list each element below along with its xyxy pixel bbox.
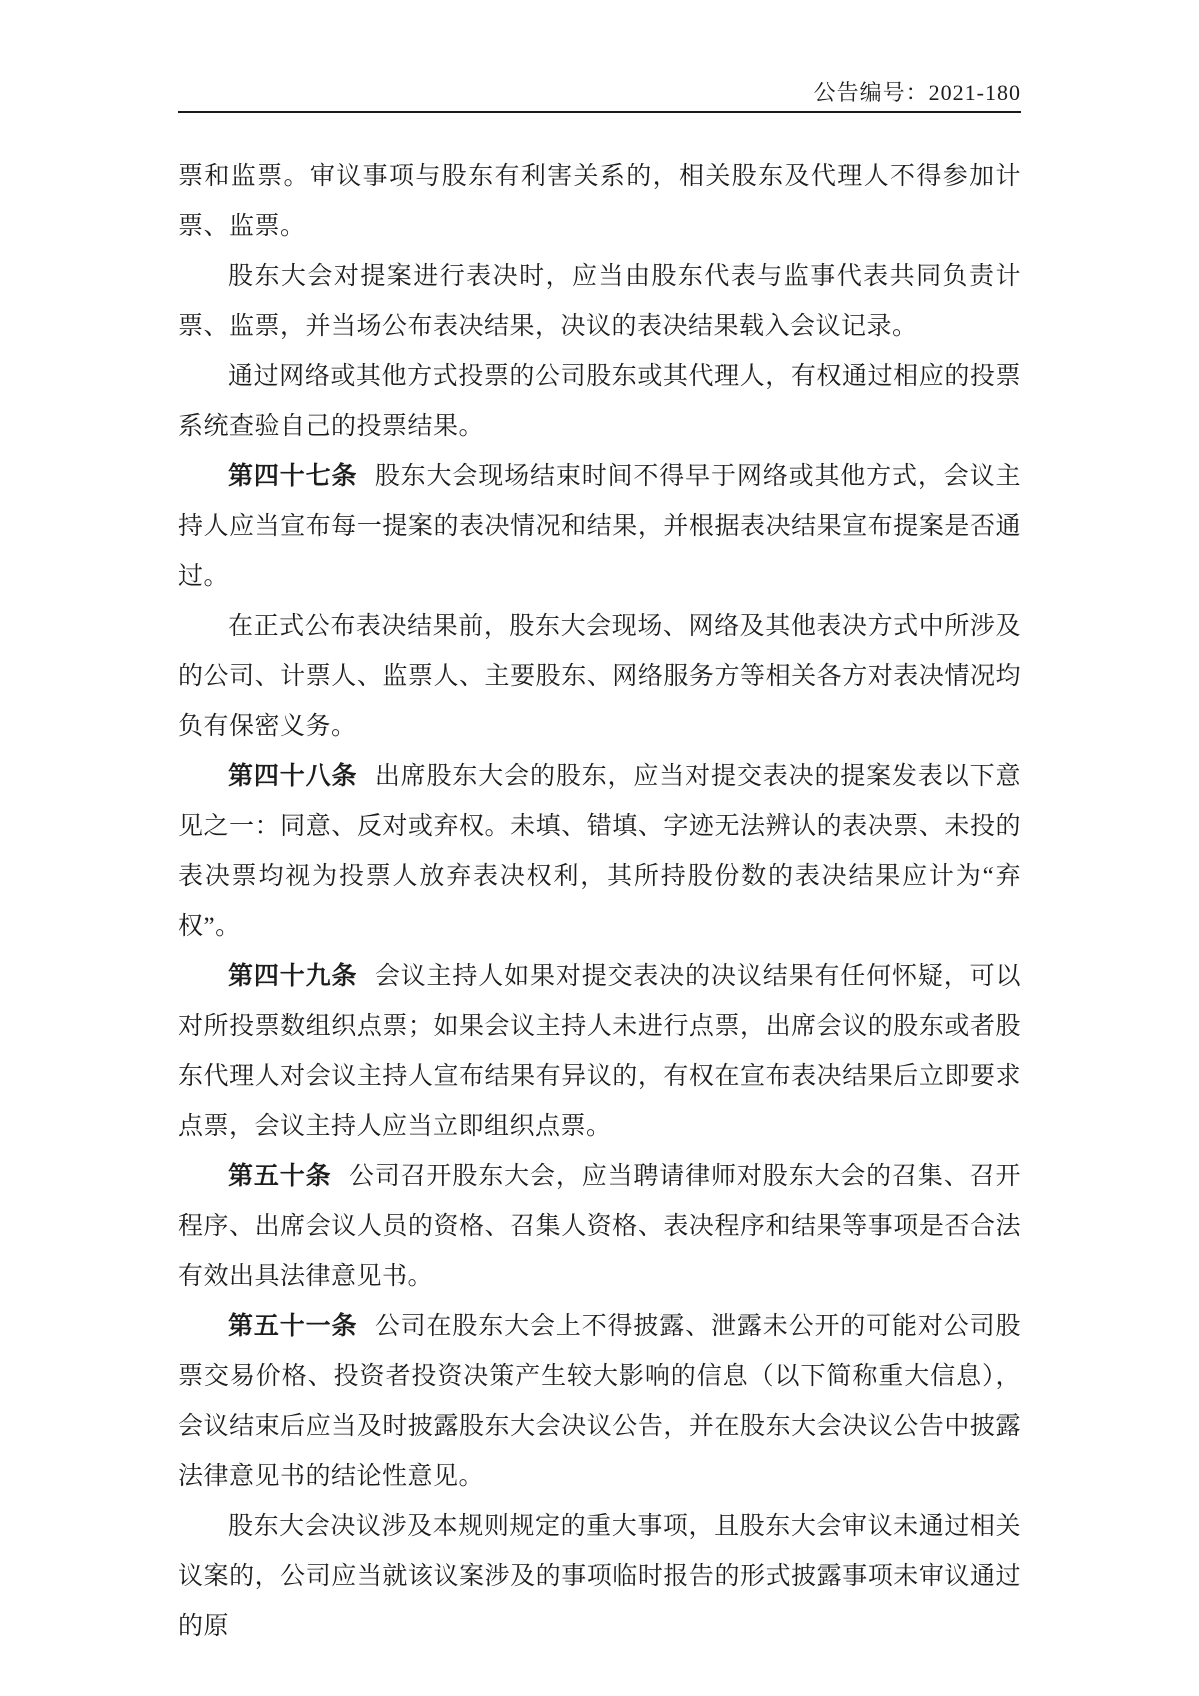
article-number: 第五十一条: [228, 1313, 357, 1340]
paragraph: 第四十八条出席股东大会的股东，应当对提交表决的提案发表以下意见之一：同意、反对或…: [178, 752, 1021, 952]
paragraph-text: 在正式公布表决结果前，股东大会现场、网络及其他表决方式中所涉及的公司、计票人、监…: [178, 613, 1021, 740]
article-number: 第五十条: [228, 1163, 331, 1190]
article-number: 第四十九条: [228, 963, 357, 990]
paragraph-text: 通过网络或其他方式投票的公司股东或其代理人，有权通过相应的投票系统查验自己的投票…: [178, 363, 1021, 440]
article-number: 第四十八条: [228, 763, 357, 790]
paragraph: 通过网络或其他方式投票的公司股东或其代理人，有权通过相应的投票系统查验自己的投票…: [178, 352, 1021, 452]
paragraph: 股东大会对提案进行表决时，应当由股东代表与监事代表共同负责计票、监票，并当场公布…: [178, 252, 1021, 352]
document-page: 公告编号：2021-180 票和监票。审议事项与股东有利害关系的，相关股东及代理…: [0, 0, 1199, 1696]
article-number: 第四十七条: [228, 463, 357, 490]
paragraph: 第五十条公司召开股东大会，应当聘请律师对股东大会的召集、召开程序、出席会议人员的…: [178, 1152, 1021, 1302]
paragraph-text: 股东大会决议涉及本规则规定的重大事项，且股东大会审议未通过相关议案的，公司应当就…: [178, 1513, 1021, 1640]
paragraph-text: 股东大会对提案进行表决时，应当由股东代表与监事代表共同负责计票、监票，并当场公布…: [178, 263, 1021, 340]
paragraph: 第四十七条股东大会现场结束时间不得早于网络或其他方式，会议主持人应当宣布每一提案…: [178, 452, 1021, 602]
paragraph: 在正式公布表决结果前，股东大会现场、网络及其他表决方式中所涉及的公司、计票人、监…: [178, 602, 1021, 752]
paragraph-text: 票和监票。审议事项与股东有利害关系的，相关股东及代理人不得参加计票、监票。: [178, 163, 1021, 240]
paragraph: 第五十一条公司在股东大会上不得披露、泄露未公开的可能对公司股票交易价格、投资者投…: [178, 1302, 1021, 1502]
document-body: 票和监票。审议事项与股东有利害关系的，相关股东及代理人不得参加计票、监票。 股东…: [178, 152, 1021, 1652]
announcement-number: 公告编号：2021-180: [814, 79, 1021, 107]
paragraph: 票和监票。审议事项与股东有利害关系的，相关股东及代理人不得参加计票、监票。: [178, 152, 1021, 252]
header-divider-line: [178, 111, 1021, 113]
paragraph: 第四十九条会议主持人如果对提交表决的决议结果有任何怀疑，可以对所投票数组织点票；…: [178, 952, 1021, 1152]
paragraph: 股东大会决议涉及本规则规定的重大事项，且股东大会审议未通过相关议案的，公司应当就…: [178, 1502, 1021, 1652]
